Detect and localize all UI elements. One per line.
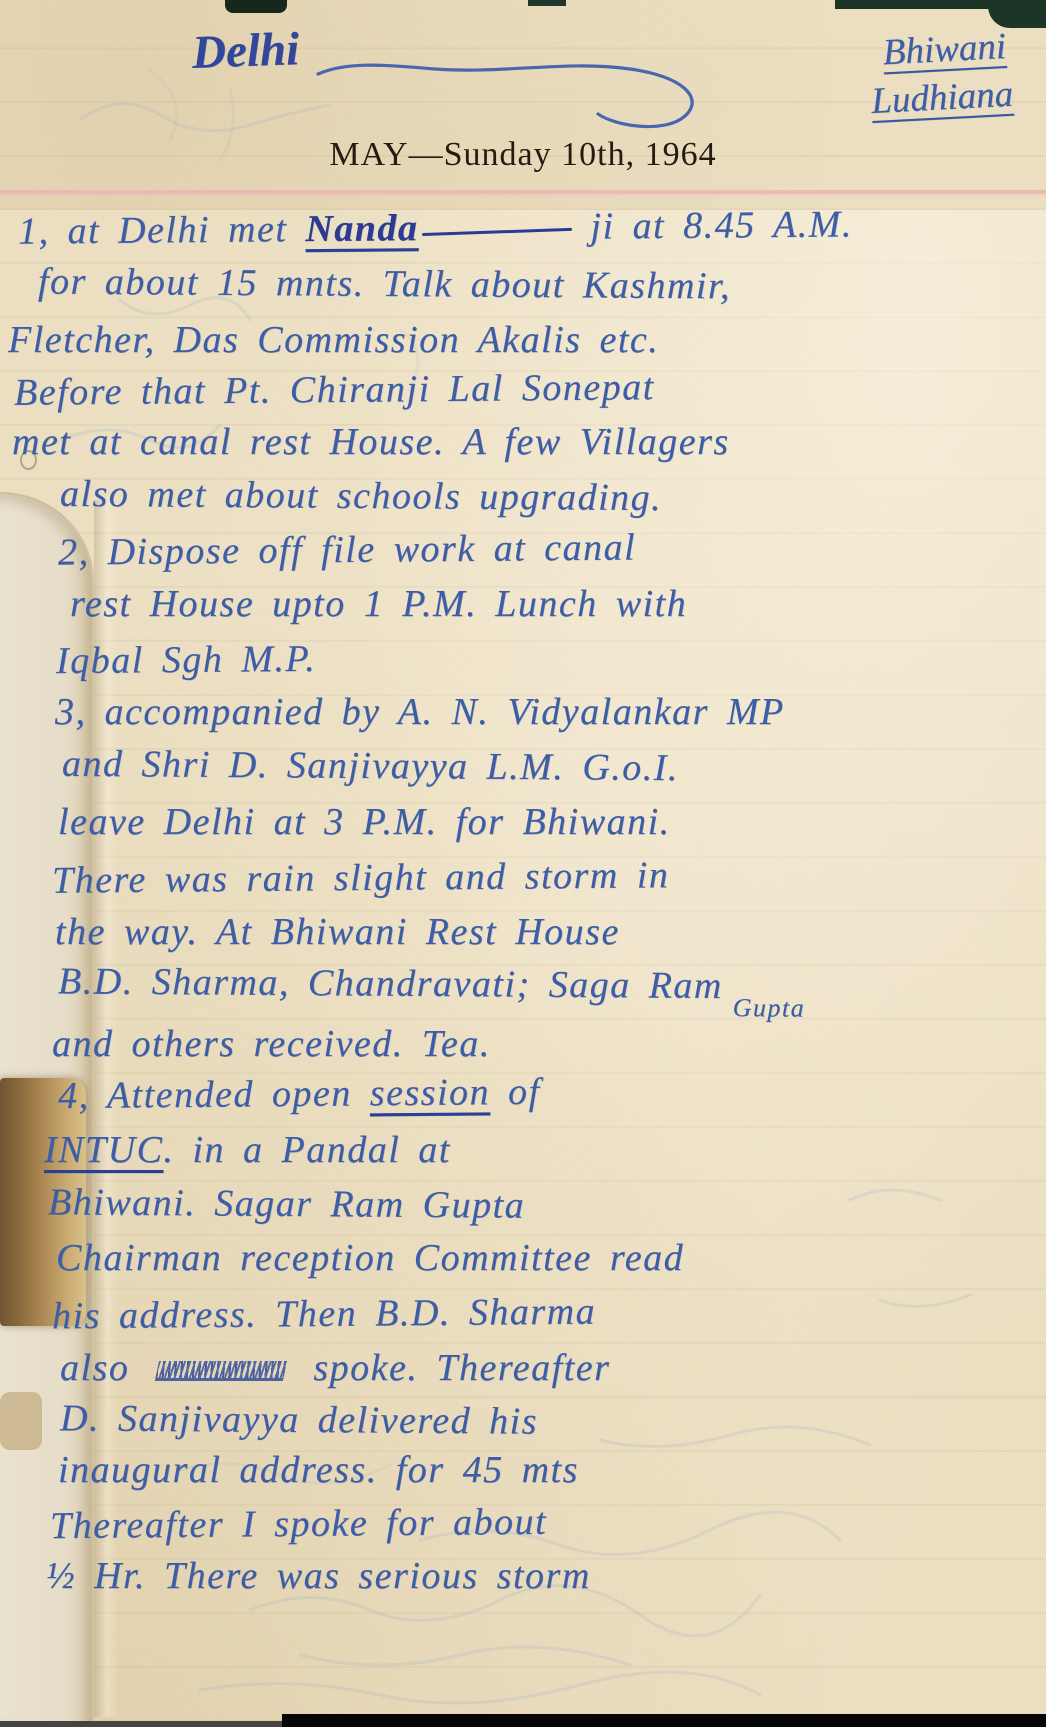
diary-line: B.D. Sharma, Chandravati; Saga RamGupta [58, 959, 806, 1008]
header-rule-line [0, 190, 1046, 194]
scratched-out-word [155, 1361, 287, 1381]
diary-line: for about 15 mnts. Talk about Kashmir, [38, 260, 731, 309]
underlined-word: session [370, 1071, 491, 1114]
diary-line: Before that Pt. Chiranji Lal Sonepat [14, 365, 655, 415]
line-text: ji at 8.45 A.M. [572, 203, 853, 247]
diary-line: Iqbal Sgh M.P. [56, 637, 317, 683]
diary-line: leave Delhi at 3 P.M. for Bhiwani. [58, 800, 671, 844]
scan-edge-bottom [282, 1714, 1046, 1727]
annotation-destination-ludhiana: Ludhiana [870, 71, 1014, 126]
line-text: of [490, 1071, 541, 1113]
diary-line: and others received. Tea. [52, 1022, 491, 1066]
line-text: also [60, 1347, 147, 1389]
diary-line: met at canal rest House. A few Villagers [12, 420, 730, 464]
diary-line: There was rain slight and storm in [52, 853, 670, 902]
scan-edge-notch [225, 0, 287, 13]
diary-line: rest House upto 1 P.M. Lunch with [70, 582, 687, 626]
scan-edge-mark [528, 0, 566, 6]
annotation-origin-city: Delhi [191, 22, 300, 80]
underlined-name: Nanda [305, 207, 418, 250]
diary-line: also met about schools upgrading. [60, 472, 662, 520]
diary-line: 1, at Delhi met Nanda ji at 8.45 A.M. [18, 202, 853, 253]
line-text: 4, Attended open [58, 1072, 370, 1117]
diary-line: ½ Hr. There was serious storm [46, 1554, 591, 1598]
diary-line: the way. At Bhiwani Rest House [55, 910, 620, 954]
underlined-word: INTUC [44, 1129, 163, 1171]
annotation-destination-bhiwani: Bhiwani [882, 23, 1012, 78]
underline-tail-stroke [422, 228, 572, 236]
line-text: spoke. Thereafter [295, 1347, 610, 1389]
diary-line: 4, Attended open session of [58, 1070, 541, 1118]
line-text: B.D. Sharma, Chandravati; Saga Ram [58, 960, 723, 1007]
line-text: . in a Pandal at [163, 1129, 450, 1171]
stain-mark-small [0, 1392, 42, 1450]
diary-line: and Shri D. Sanjivayya L.M. G.o.I. [62, 742, 679, 790]
diary-line: Bhiwani. Sagar Ram Gupta [48, 1180, 525, 1227]
diary-page-scan: Delhi Bhiwani Ludhiana MAY—Sunday 10th, … [0, 0, 1046, 1727]
diary-line: inaugural address. for 45 mts [58, 1448, 579, 1492]
printed-date-header: MAY—Sunday 10th, 1964 [0, 136, 1046, 174]
diary-line: D. Sanjivayya delivered his [60, 1396, 538, 1443]
diary-line: also spoke. Thereafter [60, 1346, 610, 1390]
scan-edge-corner [988, 0, 1046, 28]
small-appended-word: Gupta [733, 993, 806, 1023]
annotation-destinations: Bhiwani Ludhiana [882, 23, 1015, 126]
diary-line: 3, accompanied by A. N. Vidyalankar MP [55, 690, 785, 734]
diary-line: Fletcher, Das Commission Akalis etc. [8, 318, 659, 362]
diary-line: 2, Dispose off file work at canal [58, 525, 636, 574]
diary-line: INTUC. in a Pandal at [44, 1128, 451, 1172]
diary-line: his address. Then B.D. Sharma [52, 1290, 596, 1339]
scan-edge-bottom-left [0, 1721, 282, 1727]
diary-line: Thereafter I spoke for about [50, 1500, 547, 1548]
line-text: 1, at Delhi met [18, 208, 306, 253]
diary-line: Chairman reception Committee read [56, 1236, 684, 1280]
